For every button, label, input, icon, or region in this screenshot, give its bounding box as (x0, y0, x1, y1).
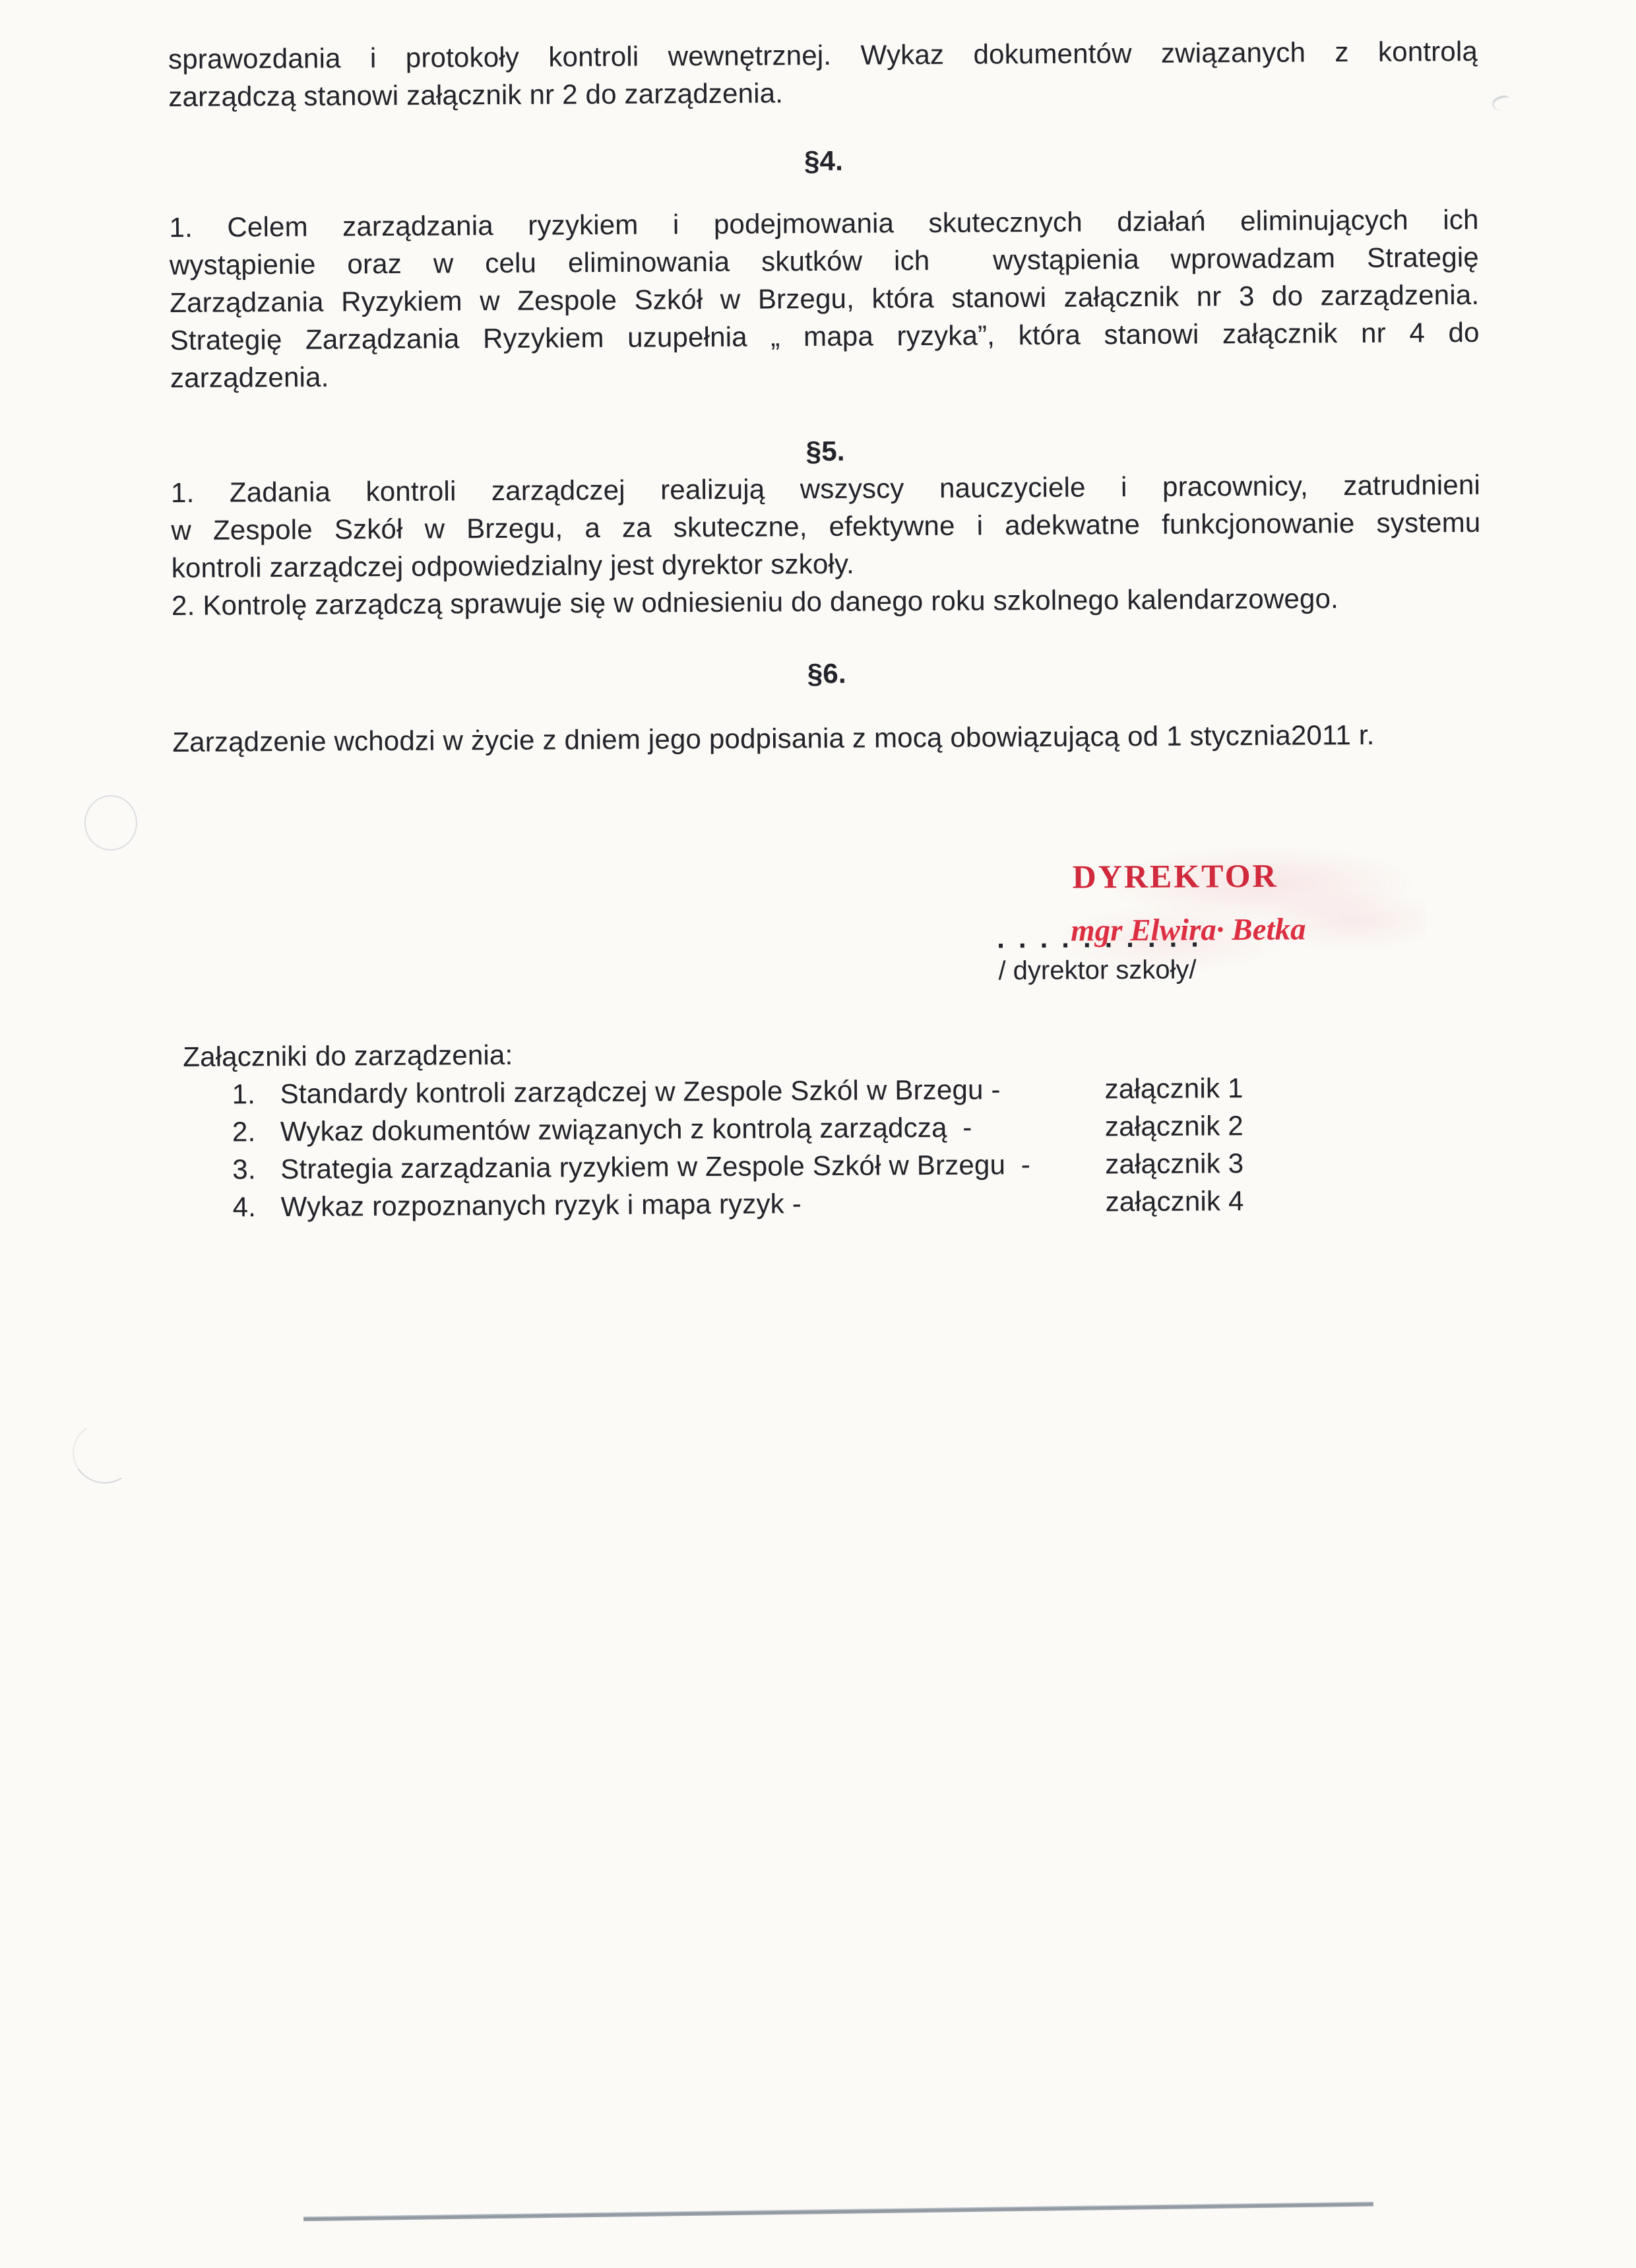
paragraph-line: Strategię Zarządzania Ryzykiem uzupełnia… (170, 313, 1479, 359)
document-section: §5.1. Zadania kontroli zarządczej realiz… (171, 428, 1482, 624)
attachment-text: Standardy kontroli zarządczej w Zespole … (280, 1074, 1000, 1109)
section-paragraph: Zarządzenie wchodzi w życie z dniem jego… (172, 715, 1482, 761)
attachment-label: załącznik 3 (1105, 1144, 1243, 1183)
bottom-scan-line (303, 2202, 1373, 2222)
section-paragraph: 1. Zadania kontroli zarządczej realizują… (171, 466, 1481, 587)
sections-container: §4.1. Celem zarządzania ryzykiem i podej… (169, 138, 1482, 761)
scanned-content: sprawozdania i protokoły kontroli wewnęt… (0, 0, 1636, 2268)
paragraph-line: w Zespole Szkół w Brzegu, a za skuteczne… (171, 503, 1480, 549)
paragraph-line: zarządzenia. (170, 351, 1480, 397)
paragraph-line: zarządczą stanowi załącznik nr 2 do zarz… (168, 70, 1478, 115)
attachment-number: 4. (232, 1188, 280, 1225)
signature-name: mgr Elwira· Betka (1071, 913, 1306, 947)
section-heading: §4. (169, 138, 1478, 183)
attachment-text: Strategia zarządzania ryzykiem w Zespole… (280, 1149, 1030, 1184)
paragraph-line: 2. Kontrolę zarządczą sprawuje się w odn… (172, 579, 1481, 624)
attachment-label: załącznik 4 (1105, 1182, 1243, 1220)
document-section: §4.1. Celem zarządzania ryzykiem i podej… (169, 138, 1480, 397)
attachment-number: 2. (232, 1113, 280, 1150)
signature-caption: / dyrektor szkoły/ (998, 954, 1196, 986)
text-block: sprawozdania i protokoły kontroli wewnęt… (168, 32, 1485, 1226)
intro-paragraph: sprawozdania i protokoły kontroli wewnęt… (168, 32, 1478, 115)
attachment-number: 1. (232, 1075, 280, 1113)
attachments-section: Załączniki do zarządzenia: 1.Standardy k… (174, 1030, 1485, 1226)
paragraph-line: Zarządzenie wchodzi w życie z dniem jego… (172, 715, 1482, 761)
document-section: §6.Zarządzenie wchodzi w życie z dniem j… (172, 651, 1482, 761)
signature-block: DYREKTOR .......... mgr Elwira· Betka / … (996, 854, 1432, 995)
paragraph-line: sprawozdania i protokoły kontroli wewnęt… (168, 32, 1478, 78)
attachment-text: Wykaz dokumentów związanych z kontrolą z… (280, 1112, 972, 1147)
document-page: sprawozdania i protokoły kontroli wewnęt… (0, 0, 1636, 2268)
director-stamp: DYREKTOR (1072, 859, 1278, 893)
attachments-list: 1.Standardy kontroli zarządczej w Zespol… (232, 1068, 1484, 1226)
attachment-item: 4.Wykaz rozpoznanych ryzyk i mapa ryzyk … (232, 1181, 1484, 1226)
section-paragraph: 1. Celem zarządzania ryzykiem i podejmow… (169, 201, 1480, 397)
section-heading: §6. (172, 651, 1482, 696)
section-paragraph: 2. Kontrolę zarządczą sprawuje się w odn… (172, 579, 1481, 624)
attachment-text: Wykaz rozpoznanych ryzyk i mapa ryzyk - (281, 1188, 802, 1222)
attachment-label: załącznik 2 (1105, 1107, 1243, 1145)
punch-hole-mark (84, 795, 137, 851)
attachment-number: 3. (232, 1150, 280, 1188)
attachment-label: załącznik 1 (1104, 1069, 1243, 1107)
